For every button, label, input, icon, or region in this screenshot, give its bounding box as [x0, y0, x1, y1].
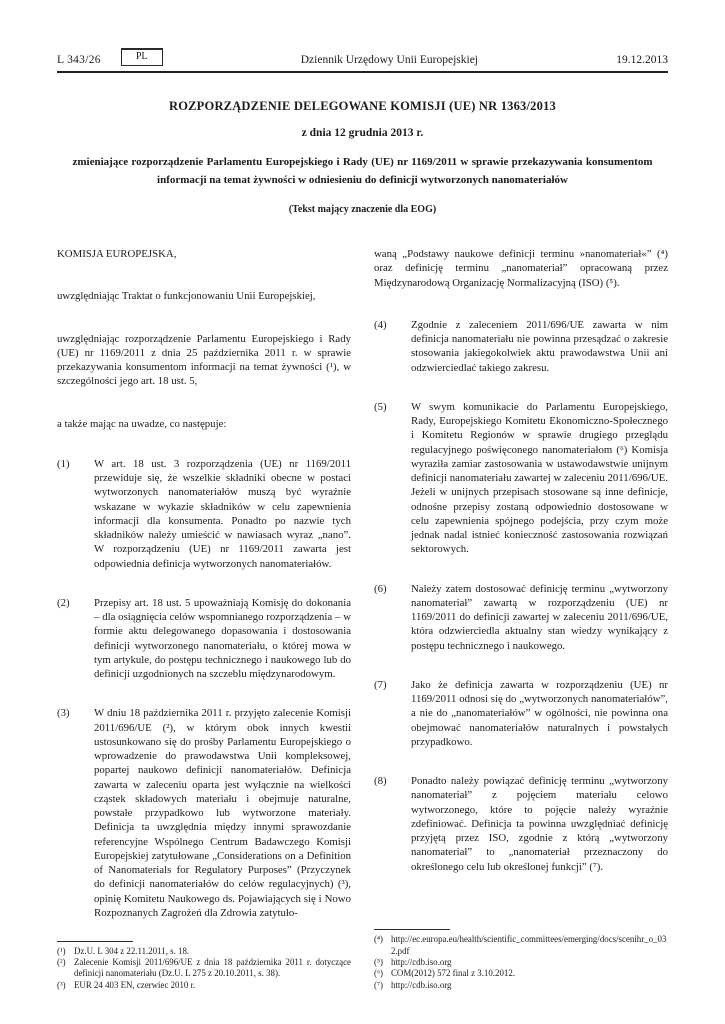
citation-regulation: uwzględniając rozporządzenie Parlamentu … — [57, 332, 351, 389]
page-header: L 343/26 PL Dziennik Urzędowy Unii Europ… — [57, 48, 668, 66]
recital-number: (2) — [57, 596, 94, 682]
opening-line: KOMISJA EUROPEJSKA, — [57, 247, 351, 261]
citation-treaty: uwzględniając Traktat o funkcjonowaniu U… — [57, 289, 351, 303]
whereas-line: a także mając na uwadze, co następuje: — [57, 417, 351, 431]
header-rule — [57, 71, 668, 73]
title-block: ROZPORZĄDZENIE DELEGOWANE KOMISJI (UE) N… — [73, 99, 653, 215]
recital-number: (5) — [374, 400, 411, 557]
footnote-url: http://cdb.iso.org — [391, 980, 668, 991]
footnote-text: Zalecenie Komisji 2011/696/UE z dnia 18 … — [74, 957, 351, 980]
recital-number: (7) — [374, 678, 411, 749]
recital-3: (3) W dniu 18 października 2011 r. przyj… — [57, 706, 351, 920]
regulation-subject: zmieniające rozporządzenie Parlamentu Eu… — [73, 154, 653, 189]
recital-text: Zgodnie z zaleceniem 2011/696/UE zawarta… — [411, 318, 668, 375]
recital-3-continuation: waną „Podstawy naukowe definicji terminu… — [374, 247, 668, 290]
official-journal-page: L 343/26 PL Dziennik Urzędowy Unii Europ… — [0, 0, 725, 1024]
journal-title: Dziennik Urzędowy Unii Europejskiej — [163, 54, 617, 66]
footnote-text: Dz.U. L 304 z 22.11.2011, s. 18. — [74, 946, 351, 957]
recital-number: (8) — [374, 774, 411, 874]
footnote-1: (¹) Dz.U. L 304 z 22.11.2011, s. 18. — [57, 946, 351, 957]
left-footnotes: (¹) Dz.U. L 304 z 22.11.2011, s. 18. (²)… — [57, 935, 351, 992]
recital-number: (3) — [57, 706, 94, 920]
footnote-4: (⁴) http://ec.europa.eu/health/scientifi… — [374, 934, 668, 957]
recital-2: (2) Przepisy art. 18 ust. 5 upoważniają … — [57, 596, 351, 682]
recital-1: (1) W art. 18 ust. 3 rozporządzenia (UE)… — [57, 457, 351, 571]
footnote-marker: (³) — [57, 980, 74, 991]
recital-number: (1) — [57, 457, 94, 571]
footnote-6: (⁶) COM(2012) 572 final z 3.10.2012. — [374, 968, 668, 979]
right-footnotes: (⁴) http://ec.europa.eu/health/scientifi… — [374, 923, 668, 991]
footnote-marker: (¹) — [57, 946, 74, 957]
right-column: waną „Podstawy naukowe definicji terminu… — [374, 247, 668, 991]
recital-text: Jako że definicja zawarta w rozporządzen… — [411, 678, 668, 749]
regulation-date: z dnia 12 grudnia 2013 r. — [73, 127, 653, 139]
recital-6: (6) Należy zatem dostosować definicję te… — [374, 582, 668, 653]
eea-relevance-note: (Tekst mający znaczenie dla EOG) — [73, 204, 653, 215]
body-columns: KOMISJA EUROPEJSKA, uwzględniając Trakta… — [57, 247, 668, 991]
footnote-rule — [374, 929, 450, 930]
recital-5: (5) W swym komunikacie do Parlamentu Eur… — [374, 400, 668, 557]
footnote-marker: (⁵) — [374, 957, 391, 968]
footnote-5: (⁵) http://cdb.iso.org — [374, 957, 668, 968]
footnote-marker: (⁶) — [374, 968, 391, 979]
recital-8: (8) Ponadto należy powiązać definicję te… — [374, 774, 668, 874]
regulation-title: ROZPORZĄDZENIE DELEGOWANE KOMISJI (UE) N… — [73, 99, 653, 114]
footnote-7: (⁷) http://cdb.iso.org — [374, 980, 668, 991]
footnote-text: EUR 24 403 EN, czerwiec 2010 r. — [74, 980, 351, 991]
recital-text: Należy zatem dostosować definicję termin… — [411, 582, 668, 653]
recital-number: (6) — [374, 582, 411, 653]
footnote-text: COM(2012) 572 final z 3.10.2012. — [391, 968, 668, 979]
recital-text: W art. 18 ust. 3 rozporządzenia (UE) nr … — [94, 457, 351, 571]
page-reference: L 343/26 — [57, 54, 101, 66]
recital-text: Przepisy art. 18 ust. 5 upoważniają Komi… — [94, 596, 351, 682]
left-column: KOMISJA EUROPEJSKA, uwzględniając Trakta… — [57, 247, 351, 991]
recital-text: Ponadto należy powiązać definicję termin… — [411, 774, 668, 874]
recital-7: (7) Jako że definicja zawarta w rozporzą… — [374, 678, 668, 749]
footnote-url: http://ec.europa.eu/health/scientific_co… — [391, 934, 668, 957]
footnote-marker: (²) — [57, 957, 74, 980]
recital-4: (4) Zgodnie z zaleceniem 2011/696/UE zaw… — [374, 318, 668, 375]
footnote-rule — [57, 941, 133, 942]
footnote-marker: (⁷) — [374, 980, 391, 991]
footnote-url: http://cdb.iso.org — [391, 957, 668, 968]
issue-date: 19.12.2013 — [616, 54, 668, 66]
recital-text: W dniu 18 października 2011 r. przyjęto … — [94, 706, 351, 920]
footnote-3: (³) EUR 24 403 EN, czerwiec 2010 r. — [57, 980, 351, 991]
recital-text: W swym komunikacie do Parlamentu Europej… — [411, 400, 668, 557]
recital-number: (4) — [374, 318, 411, 375]
footnote-marker: (⁴) — [374, 934, 391, 957]
footnote-2: (²) Zalecenie Komisji 2011/696/UE z dnia… — [57, 957, 351, 980]
language-badge: PL — [121, 48, 163, 66]
